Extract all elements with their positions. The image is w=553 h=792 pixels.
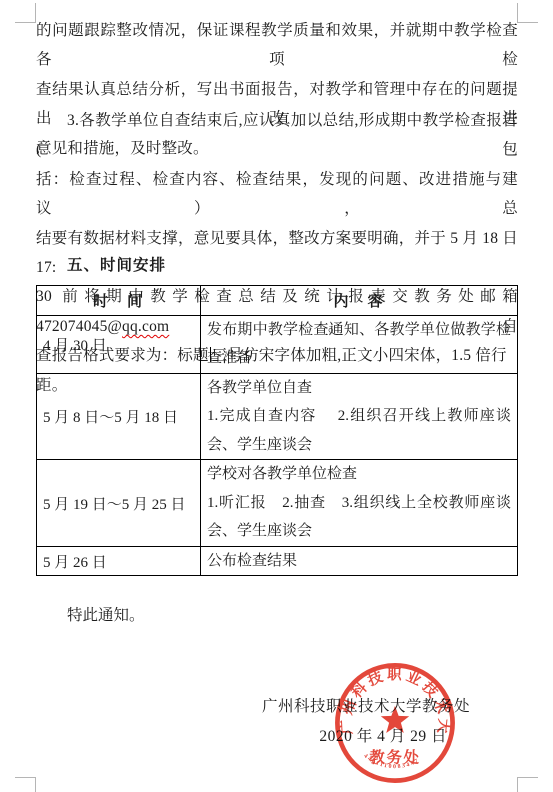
paragraph-2-line: 3.各教学单位自查结束后,应认真加以总结,形成期中教学检查报告(包 <box>36 106 518 165</box>
table-cell-time: 5 月 8 日～5 月 18 日 <box>37 373 201 459</box>
table-cell-time: 5 月 19 日～5 月 25 日 <box>37 460 201 547</box>
content-line: 1.完成自查内容 2.组织召开线上教师座谈会、学生座谈会 <box>207 402 511 459</box>
table-cell-time: 4 月 30 日 <box>37 316 201 374</box>
closing-statement: 特此通知。 <box>67 603 145 625</box>
table-header-time: 时 间 <box>37 286 201 316</box>
table-cell-content: 学校对各教学单位检查 1.听汇报 2.抽查 3.组织线上全校教师座谈会、学生座谈… <box>201 460 518 547</box>
margin-corner-mark-bottom-left <box>15 777 36 792</box>
content-line: 1.听汇报 2.抽查 3.组织线上全校教师座谈会、学生座谈会 <box>207 489 511 546</box>
content-line: 公布检查结果 <box>207 547 511 575</box>
content-line: 各教学单位自查 <box>207 374 511 402</box>
table-header-row: 时 间 内 容 <box>37 286 518 316</box>
table-cell-content: 各教学单位自查 1.完成自查内容 2.组织召开线上教师座谈会、学生座谈会 <box>201 373 518 459</box>
document-page: 的问题跟踪整改情况，保证课程教学质量和效果，并就期中教学检查各项检 查结果认真总… <box>0 0 553 792</box>
margin-corner-mark-top-left <box>15 3 36 23</box>
table-row: 5 月 26 日 公布检查结果 <box>37 547 518 576</box>
margin-corner-mark-top-right <box>517 3 538 23</box>
table-header-content: 内 容 <box>201 286 518 316</box>
schedule-table: 时 间 内 容 4 月 30 日 发布期中教学检查通知、各教学单位做教学检查准备… <box>36 285 518 576</box>
paragraph-2-line: 括：检查过程、检查内容、检查结果，发现的问题、改进措施与建议），总 <box>36 165 518 224</box>
paragraph-1-line: 的问题跟踪整改情况，保证课程教学质量和效果，并就期中教学检查各项检 <box>36 16 518 75</box>
table-row: 5 月 19 日～5 月 25 日 学校对各教学单位检查 1.听汇报 2.抽查 … <box>37 460 518 547</box>
content-line: 发布期中教学检查通知、各教学单位做教学检查准备 <box>207 316 511 373</box>
content-line: 学校对各教学单位检查 <box>207 460 511 488</box>
seal-star-icon <box>381 706 409 733</box>
table-row: 5 月 8 日～5 月 18 日 各教学单位自查 1.完成自查内容 2.组织召开… <box>37 373 518 459</box>
official-seal: 广州科技职业技术大学 教务处 4401110083447 <box>331 659 459 787</box>
table-row: 4 月 30 日 发布期中教学检查通知、各教学单位做教学检查准备 <box>37 316 518 374</box>
margin-corner-mark-bottom-right <box>517 777 538 792</box>
table-cell-time: 5 月 26 日 <box>37 547 201 576</box>
section-heading: 五、时间安排 <box>36 251 518 280</box>
table-cell-content: 公布检查结果 <box>201 547 518 576</box>
table-cell-content: 发布期中教学检查通知、各教学单位做教学检查准备 <box>201 316 518 374</box>
